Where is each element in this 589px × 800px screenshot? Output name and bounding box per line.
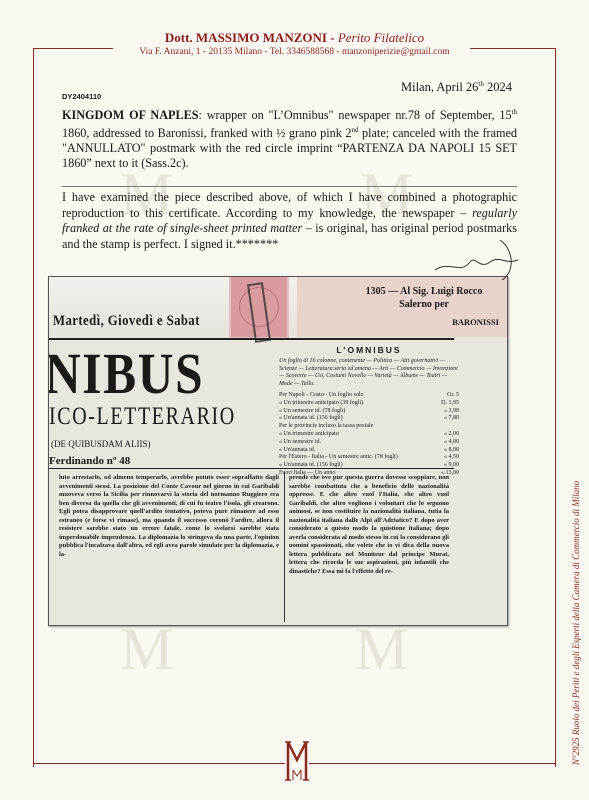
newspaper-photo: Martedì, Giovedì e Sabat 1305 — Al Sig. …: [48, 276, 508, 626]
signature: [430, 240, 520, 280]
item-description: KINGDOM OF NAPLES: wrapper on "L’Omnibus…: [62, 105, 517, 171]
subscription-row: « Un trimestre anticipato« 2,00: [279, 431, 459, 439]
expert-name-line: Dott. MASSIMO MANZONI - Perito Filatelic…: [0, 30, 589, 46]
newspaper-rule: [49, 338, 454, 340]
expert-address: Via F. Anzani, 1 - 20135 Milano - Tel. 3…: [0, 47, 589, 57]
issue-number: Ferdinando nº 48: [49, 455, 130, 467]
newspaper-rule-2: [49, 468, 454, 469]
subscription-box: L’OMNIBUS Un foglio di 16 colonne, conte…: [279, 347, 459, 478]
country: KINGDOM OF NAPLES: [62, 108, 199, 122]
expert-name: Dott. MASSIMO MANZONI: [165, 30, 327, 45]
subscription-row: « Un semestre id.« 4,00: [279, 439, 459, 447]
addressee: 1305 — Al Sig. Luigi Rocco Salerno per: [324, 285, 508, 311]
subscription-row: Per Napoli - Costo - Un foglio soloGr. 5: [279, 392, 459, 400]
frame-bottom-left-rule: [33, 763, 285, 764]
certificate-date: Milan, April 26th 2024: [401, 80, 512, 95]
subscription-row: « Un'annata id. (156 fogli)« 7,80: [279, 415, 459, 423]
subscription-row: « Un trimestre anticipato (39 fogli)D. 1…: [279, 400, 459, 408]
frame-bottom-right-rule: [309, 763, 555, 764]
article-column-2: prende che ove pur questa guerra dovesse…: [289, 474, 449, 576]
column-separator: [284, 472, 285, 622]
postage-stamp: [229, 276, 289, 339]
expert-title: Perito Filatelico: [338, 30, 424, 45]
subscription-row: Per le provincie incluso la tassa postal…: [279, 423, 459, 431]
letterhead: Dott. MASSIMO MANZONI - Perito Filatelic…: [0, 30, 589, 57]
masthead: NIBUS: [48, 345, 204, 403]
registry-note: N°2925 Ruolo dei Periti e degli Esperti …: [571, 481, 581, 765]
destination: BARONISSI: [452, 317, 499, 327]
divider: [62, 186, 517, 187]
certificate-number: DY2404110: [62, 92, 101, 101]
monogram-logo: [285, 740, 309, 785]
article-column-1: luto arrestarlo, od almeno temperarlo, a…: [59, 474, 279, 559]
newspaper-days: Martedì, Giovedì e Sabat: [53, 313, 200, 330]
subscription-row: Per l'Estero - Italia - Un semestre anti…: [279, 454, 459, 462]
masthead-motto: (DE QUIBUSDAM ALIIS): [51, 439, 151, 449]
masthead-subtitle: ICO-LETTERARIO: [49, 403, 236, 431]
